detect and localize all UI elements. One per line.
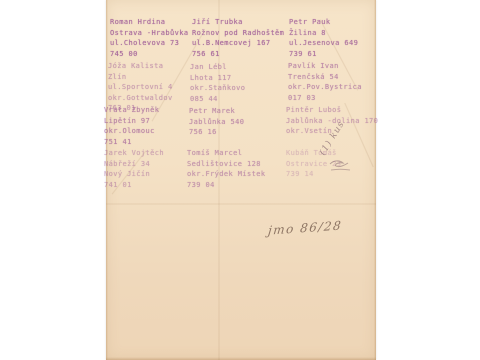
- typed-line: Sedlištovice 128: [187, 159, 265, 170]
- typed-line: Žilina 8: [289, 28, 358, 39]
- typed-line: Rožnov pod Radhoštěm: [192, 28, 284, 39]
- typed-line: 745 00: [110, 49, 188, 60]
- typed-line: Jarek Vojtěch: [104, 148, 164, 159]
- typed-line: Jan Lébl: [190, 62, 245, 73]
- typed-address-block: Jarek VojtěchNábřeží 34Nový Jičín741 01: [104, 148, 164, 190]
- typed-line: ul.Jesenova 649: [289, 38, 358, 49]
- typed-address-block: Petr MarekJablůnka 540756 16: [189, 106, 244, 138]
- typed-line: Tomíš Marcel: [187, 148, 265, 159]
- typed-line: 756 61: [192, 49, 284, 60]
- typed-line: Trenčská 54: [288, 72, 362, 83]
- typed-line: Pintěr Luboš: [286, 105, 378, 116]
- typed-line: okr.Olomouc: [104, 126, 159, 137]
- typed-line: okr.Gottwaldov: [108, 93, 173, 104]
- scribble-mark: [327, 158, 353, 174]
- typed-line: Ostrava -Hrabůvka: [110, 28, 188, 39]
- typed-line: Jablůnka -dolina 170: [286, 116, 378, 127]
- typed-line: Kubáň Tomáš: [286, 148, 341, 159]
- typed-line: Lhota 117: [190, 73, 245, 84]
- typed-line: Zlín: [108, 72, 173, 83]
- typed-line: 751 41: [104, 137, 159, 148]
- typed-address-block: Petr PaukŽilina 8ul.Jesenova 649739 61: [289, 17, 358, 59]
- scan-background: Roman HrdinaOstrava -Hrabůvkaul.Cholevov…: [0, 0, 480, 360]
- typed-line: ul.Cholevova 73: [110, 38, 188, 49]
- typed-line: Nový Jičín: [104, 169, 164, 180]
- typed-address-block: Vrata ZbyněkLipětín 97okr.Olomouc751 41: [104, 105, 159, 147]
- typed-address-block: Jan LéblLhota 117okr.Staňkovo085 44: [190, 62, 245, 104]
- typed-address-block: Jiří TrubkaRožnov pod Radhoštěmul.B.Nemc…: [192, 17, 284, 59]
- typed-line: Vrata Zbyněk: [104, 105, 159, 116]
- typed-line: okr.Pov.Bystrica: [288, 82, 362, 93]
- typed-line: Lipětín 97: [104, 116, 159, 127]
- typed-line: Jablůnka 540: [189, 117, 244, 128]
- typed-line: 085 44: [190, 94, 245, 105]
- typed-line: Pavlík Ivan: [288, 61, 362, 72]
- typed-line: Nábřeží 34: [104, 159, 164, 170]
- typed-line: 017 03: [288, 93, 362, 104]
- paper-edge-right: [374, 0, 376, 360]
- typed-address-block: Pavlík IvanTrenčská 54okr.Pov.Bystrica01…: [288, 61, 362, 103]
- typed-line: ul.Sportovní 4: [108, 82, 173, 93]
- typed-line: 739 61: [289, 49, 358, 60]
- typed-line: okr.Staňkovo: [190, 83, 245, 94]
- typed-line: okr.Frýdek Místek: [187, 169, 265, 180]
- typed-line: ul.B.Nemcovej 167: [192, 38, 284, 49]
- typed-address-block: Roman HrdinaOstrava -Hrabůvkaul.Cholevov…: [110, 17, 188, 59]
- typed-address-block: Tomíš MarcelSedlištovice 128okr.Frýdek M…: [187, 148, 265, 190]
- typed-line: Roman Hrdina: [110, 17, 188, 28]
- crease-horizontal-fold: [106, 203, 376, 205]
- typed-line: Jóža Kalista: [108, 61, 173, 72]
- typed-line: Petr Marek: [189, 106, 244, 117]
- typed-line: Petr Pauk: [289, 17, 358, 28]
- typed-line: 739 04: [187, 180, 265, 191]
- typed-line: Jiří Trubka: [192, 17, 284, 28]
- typed-line: 756 16: [189, 127, 244, 138]
- typed-line: 741 01: [104, 180, 164, 191]
